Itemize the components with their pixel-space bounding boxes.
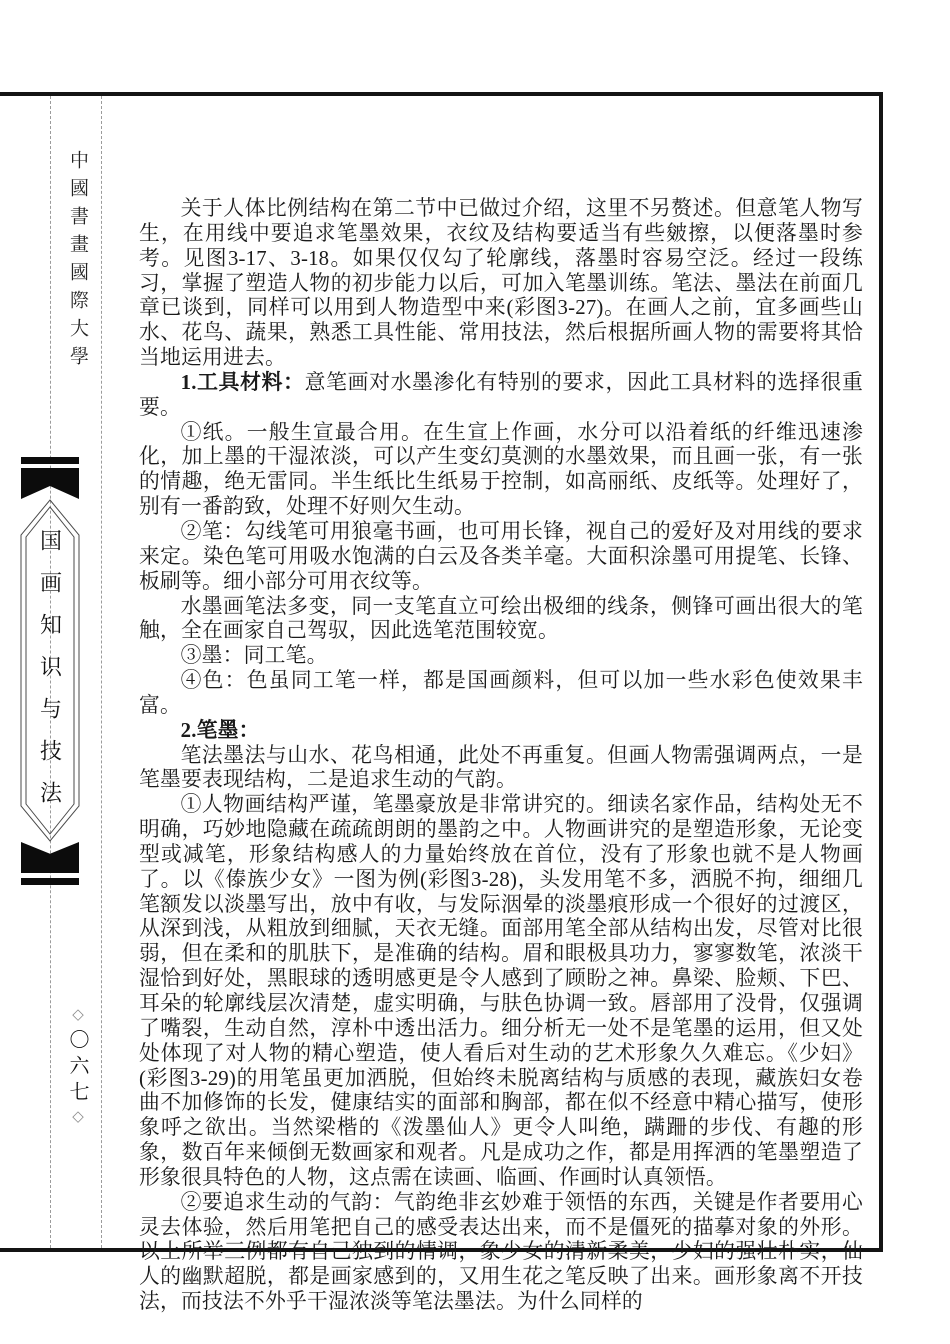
frame-right-line: [879, 92, 883, 1252]
sidebar-divider-right: [101, 96, 102, 1248]
page-number: ◇〇六七◇: [63, 1005, 92, 1131]
paragraph-intro: 关于人体比例结构在第二节中已做过介绍，这里不另赘述。但意笔人物写生，在用线中要追…: [139, 197, 863, 371]
paragraph-text: ④色：色虽同工笔一样，都是国画颜料，但可以加一些水彩色使效果丰富。: [139, 669, 863, 717]
diamond-icon: ◇: [69, 1005, 85, 1029]
paragraph-text: ②笔：勾线笔可用狼毫书画，也可用长锋，视自己的爱好及对用线的要求来定。染色笔可用…: [139, 520, 863, 593]
paragraph-paper: ①纸。一般生宣最合用。在生宣上作画，水分可以沿着纸的纤维迅速渗化，加上墨的干湿浓…: [139, 421, 863, 520]
paragraph-brushwork-heading: 2.笔墨：: [139, 719, 863, 744]
banner-hexagon-frame: 国画知识与技法: [20, 499, 80, 842]
ribbon-bottom-pennant-icon: [21, 842, 79, 873]
ribbon-top-pennant-icon: [21, 468, 79, 499]
paragraph-brush-note: 水墨画笔法多变，同一支笔直立可绘出极细的线条，侧锋可画出很大的笔触，全在画家自己…: [139, 595, 863, 645]
paragraph-brush: ②笔：勾线笔可用狼毫书画，也可用长锋，视自己的爱好及对用线的要求来定。染色笔可用…: [139, 520, 863, 595]
paragraph-ink: ③墨：同工笔。: [139, 644, 863, 669]
paragraph-text: ②要追求生动的气韵：气韵绝非玄妙难于领悟的东西，关键是作者要用心灵去体验，然后用…: [139, 1191, 863, 1313]
paragraph-qiyun: ②要追求生动的气韵：气韵绝非玄妙难于领悟的东西，关键是作者要用心灵去体验，然后用…: [139, 1191, 863, 1315]
paragraph-color: ④色：色虽同工笔一样，都是国画颜料，但可以加一些水彩色使效果丰富。: [139, 669, 863, 719]
diamond-icon: ◇: [69, 1107, 85, 1131]
section-heading: 1.工具材料：: [181, 371, 305, 394]
ribbon-bottom-bar-icon: [21, 878, 79, 885]
university-name-vertical-text: 中國書畫國際大學: [64, 150, 91, 374]
frame-top-line: [0, 92, 883, 96]
paragraph-tools-heading: 1.工具材料：意笔画对水墨渗化有特别的要求，因此工具材料的选择很重要。: [139, 371, 863, 421]
banner-title-vertical-text: 国画知识与技法: [35, 529, 66, 823]
ribbon-top-bar-icon: [21, 457, 79, 464]
paragraph-text: ③墨：同工笔。: [181, 644, 328, 667]
section-heading: 2.笔墨：: [181, 719, 260, 742]
paragraph-structure: ①人物画结构严谨，笔墨豪放是非常讲究的。细读名家作品，结构处无不明确，巧妙地隐藏…: [139, 793, 863, 1191]
paragraph-text: 关于人体比例结构在第二节中已做过介绍，这里不另赘述。但意笔人物写生，在用线中要追…: [139, 197, 863, 369]
paragraph-text: 笔法墨法与山水、花鸟相通，此处不再重复。但画人物需强调两点，一是笔墨要表现结构，…: [139, 744, 863, 792]
body-text: 关于人体比例结构在第二节中已做过介绍，这里不另赘述。但意笔人物写生，在用线中要追…: [139, 197, 863, 1315]
paragraph-brushwork-intro: 笔法墨法与山水、花鸟相通，此处不再重复。但画人物需强调两点，一是笔墨要表现结构，…: [139, 744, 863, 794]
paragraph-text: 水墨画笔法多变，同一支笔直立可绘出极细的线条，侧锋可画出很大的笔触，全在画家自己…: [139, 595, 863, 643]
series-title-banner: 国画知识与技法: [20, 457, 80, 885]
page-number-text: 〇六七: [66, 1029, 88, 1107]
paragraph-text: ①人物画结构严谨，笔墨豪放是非常讲究的。细读名家作品，结构处无不明确，巧妙地隐藏…: [139, 793, 863, 1189]
paragraph-text: ①纸。一般生宣最合用。在生宣上作画，水分可以沿着纸的纤维迅速渗化，加上墨的干湿浓…: [139, 421, 863, 519]
